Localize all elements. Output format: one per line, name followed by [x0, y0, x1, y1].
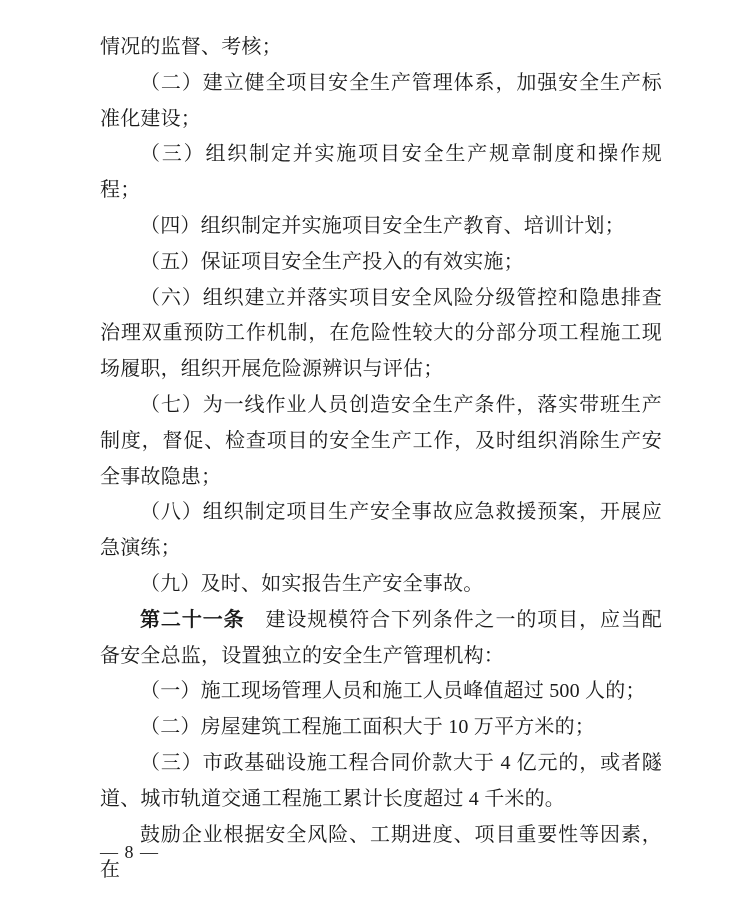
- clause-item-5: （五）保证项目安全生产投入的有效实施；: [100, 245, 662, 281]
- document-page: 情况的监督、考核； （二）建立健全项目安全生产管理体系，加强安全生产标准化建设；…: [0, 0, 755, 905]
- closing-paragraph: 鼓励企业根据安全风险、工期进度、项目重要性等因素，在: [100, 818, 662, 890]
- clause-item-3: （三）组织制定并实施项目安全生产规章制度和操作规程；: [100, 137, 662, 209]
- document-body: 情况的监督、考核； （二）建立健全项目安全生产管理体系，加强安全生产标准化建设；…: [100, 30, 662, 889]
- page-footer: — 8 —: [100, 840, 159, 864]
- clause-item-7: （七）为一线作业人员创造安全生产条件，落实带班生产制度，督促、检查项目的安全生产…: [100, 388, 662, 495]
- condition-item-3: （三）市政基础设施工程合同价款大于 4 亿元的，或者隧道、城市轨道交通工程施工累…: [100, 746, 662, 818]
- article-paragraph: 第二十一条 建设规模符合下列条件之一的项目，应当配备安全总监，设置独立的安全生产…: [100, 603, 662, 675]
- page-number: — 8 —: [100, 842, 159, 862]
- clause-item-2: （二）建立健全项目安全生产管理体系，加强安全生产标准化建设；: [100, 66, 662, 138]
- clause-item-4: （四）组织制定并实施项目安全生产教育、培训计划；: [100, 209, 662, 245]
- clause-item-6: （六）组织建立并落实项目安全风险分级管控和隐患排查治理双重预防工作机制，在危险性…: [100, 281, 662, 388]
- condition-item-1: （一）施工现场管理人员和施工人员峰值超过 500 人的；: [100, 674, 662, 710]
- article-number-label: 第二十一条: [140, 609, 245, 631]
- paragraph-continuation: 情况的监督、考核；: [100, 30, 662, 66]
- clause-item-9: （九）及时、如实报告生产安全事故。: [100, 567, 662, 603]
- clause-item-8: （八）组织制定项目生产安全事故应急救援预案，开展应急演练；: [100, 495, 662, 567]
- condition-item-2: （二）房屋建筑工程施工面积大于 10 万平方米的；: [100, 710, 662, 746]
